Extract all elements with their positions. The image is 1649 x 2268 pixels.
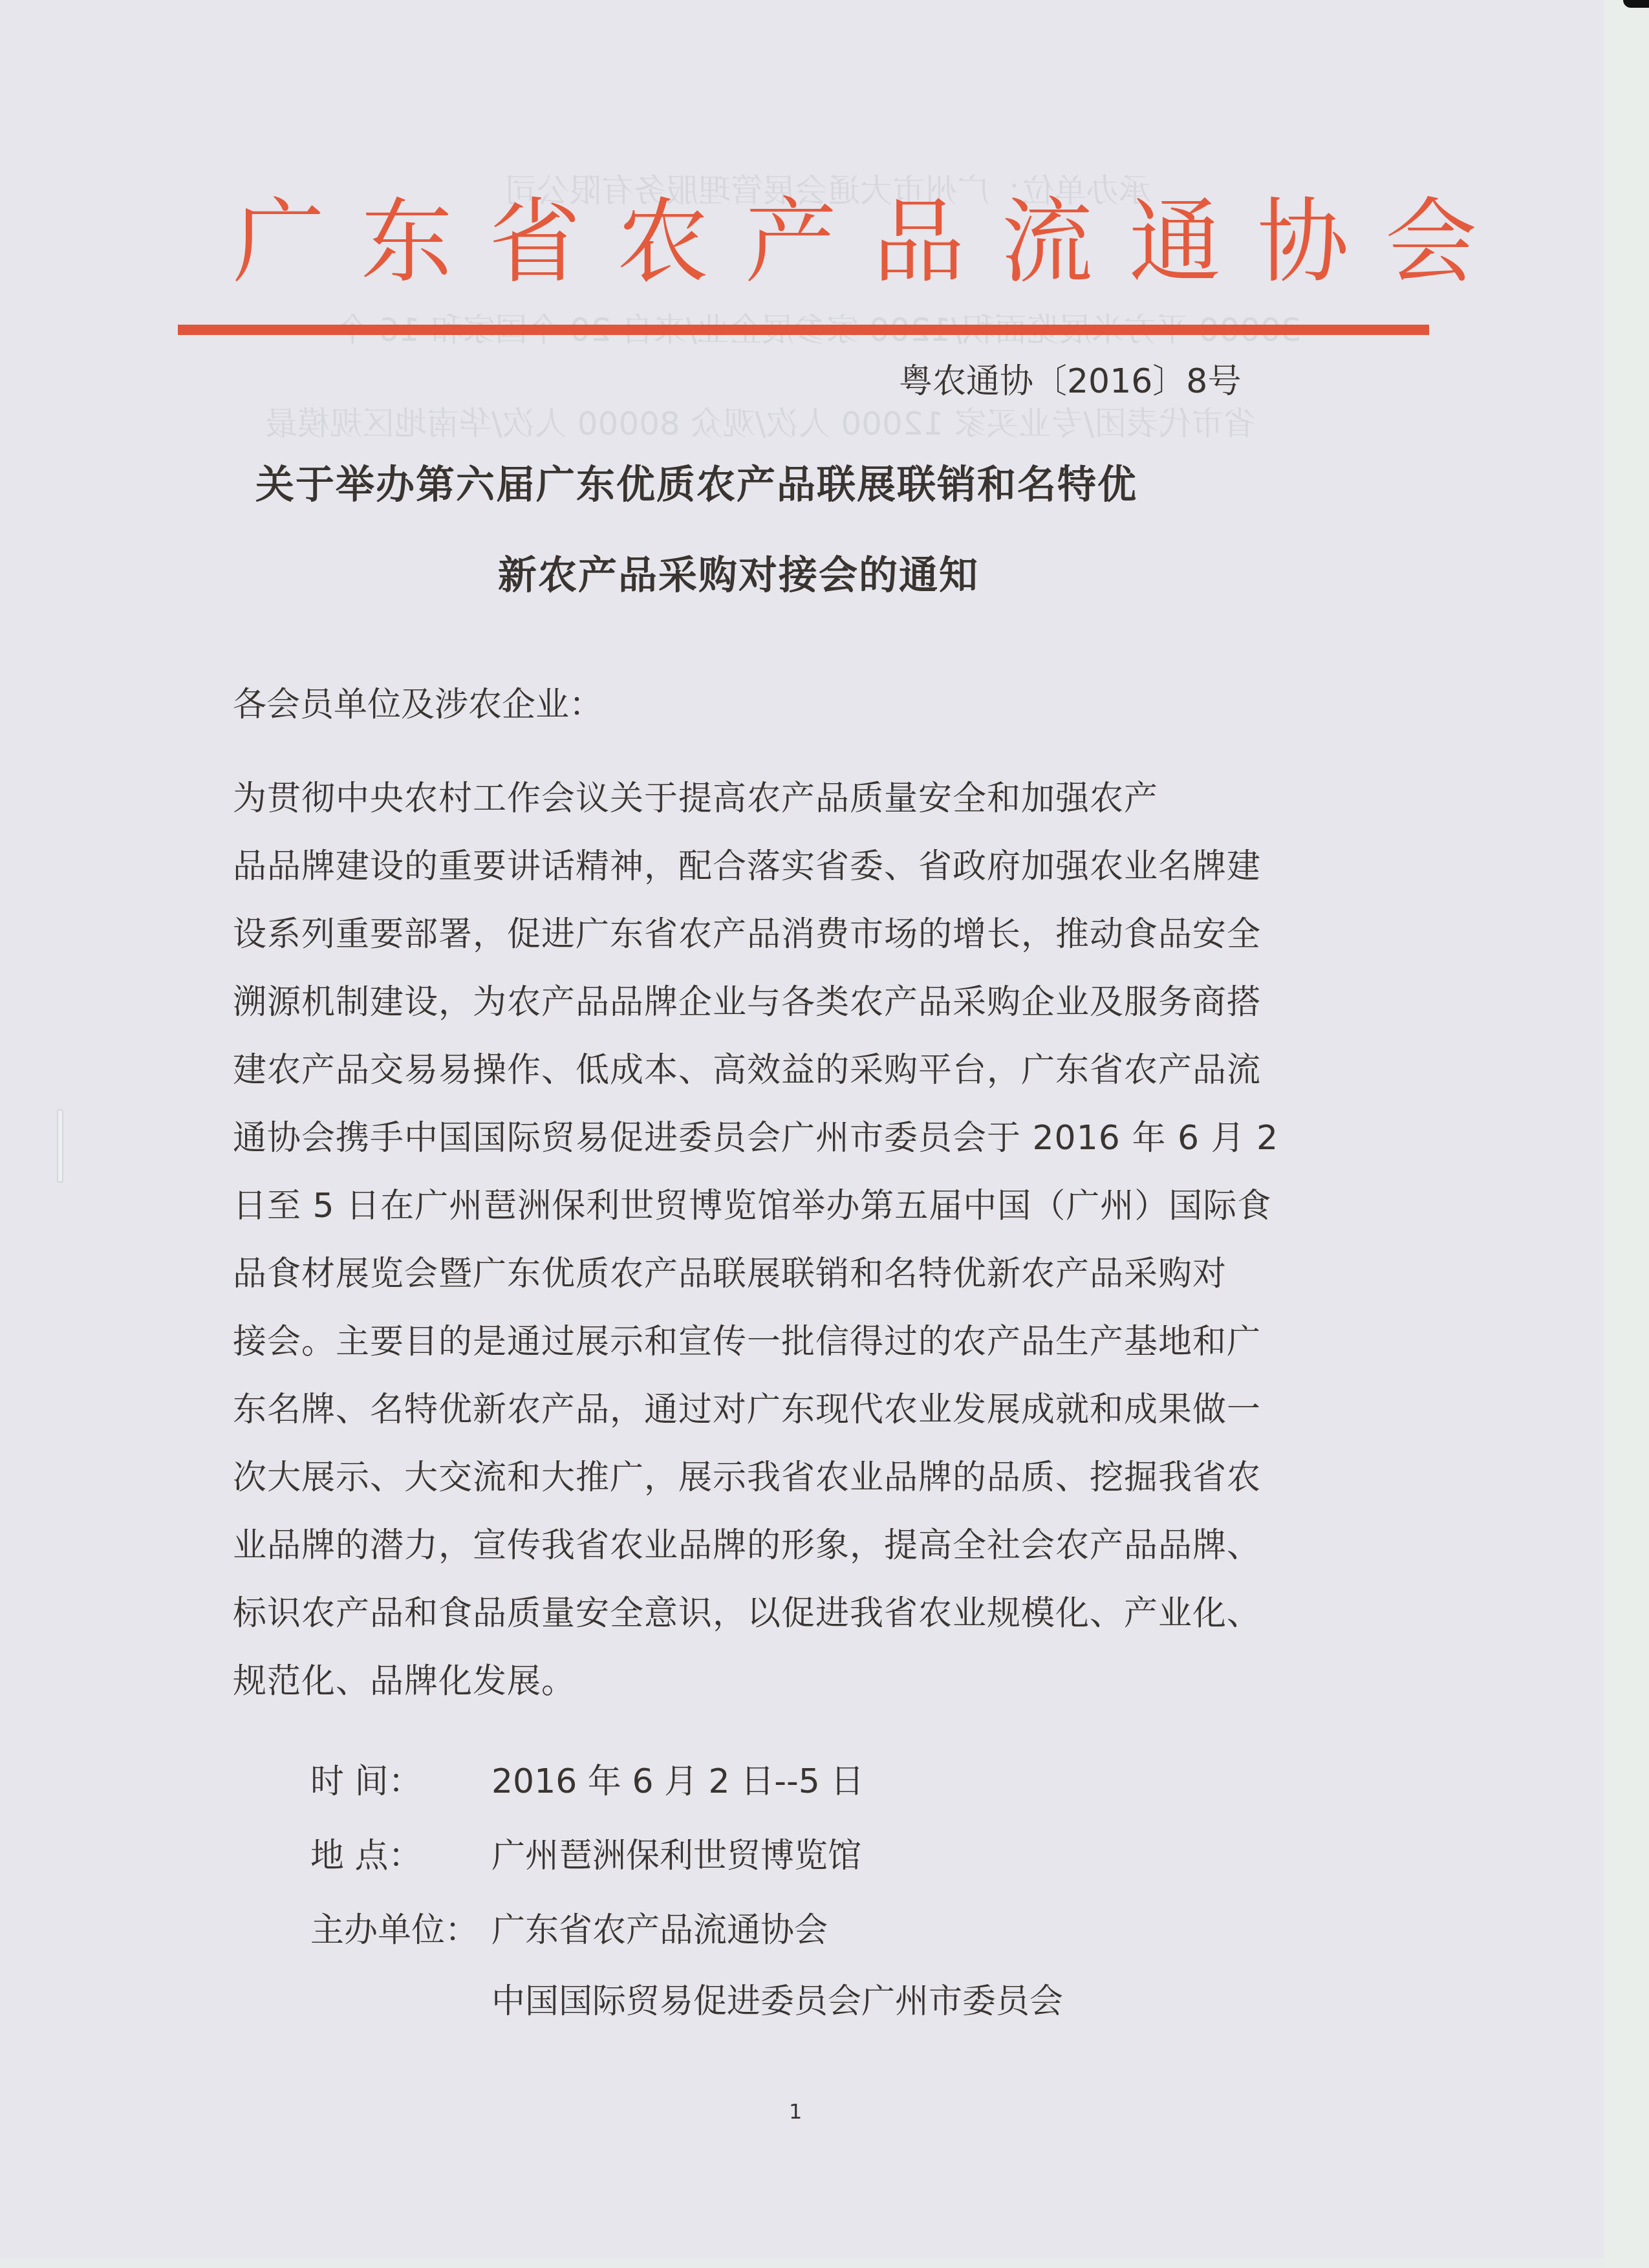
- body-paragraph-line: 建农产品交易易操作、低成本、高效益的采购平台，广东省农产品流: [233, 1044, 1261, 1096]
- body-paragraph-line: 东名牌、名特优新农产品，通过对广东现代农业发展成就和成果做一: [233, 1384, 1261, 1436]
- event-place-value: 广州琶洲保利世贸博览馆: [491, 1837, 861, 1875]
- body-paragraph-line: 次大展示、大交流和大推广，展示我省农业品牌的品质、挖掘我省农: [233, 1452, 1261, 1504]
- body-paragraph-line: 品品牌建设的重要讲话精神，配合落实省委、省政府加强农业名牌建: [233, 841, 1261, 892]
- event-organizer: 主办单位：广东省农产品流通协会: [310, 1905, 828, 1956]
- event-organizer-label: 主办单位：: [310, 1905, 491, 1956]
- body-paragraph-line: 设系列重要部署，促进广东省农产品消费市场的增长，推动食品安全: [233, 909, 1261, 960]
- body-paragraph-line: 品食材展览会暨广东优质农产品联展联销和名特优新农产品采购对: [233, 1248, 1227, 1300]
- event-organizer-secondary: 中国国际贸易促进委员会广州市委员会: [491, 1976, 1063, 2027]
- event-organizer-value-1: 广东省农产品流通协会: [491, 1911, 828, 1950]
- letterhead-organization: 广东省农产品流通协会: [233, 188, 1429, 297]
- body-paragraph-line: 标识农产品和食品质量安全意识，以促进我省农业规模化、产业化、: [233, 1588, 1261, 1639]
- document-title-line-1: 关于举办第六届广东优质农产品联展联销和名特优: [255, 459, 1137, 511]
- body-paragraph-line: 溯源机制建设，为农产品品牌企业与各类农产品采购企业及服务商搭: [233, 977, 1261, 1028]
- event-time-value: 2016 年 6 月 2 日--5 日: [491, 1762, 864, 1801]
- scanner-corner-shadow: [1623, 0, 1649, 8]
- letterhead-red-rule: [178, 325, 1429, 335]
- body-paragraph-line: 为贯彻中央农村工作会议关于提高农产品质量安全和加强农产: [233, 773, 1158, 825]
- event-place: 地 点：广州琶洲保利世贸博览馆: [310, 1830, 861, 1882]
- staple-mark: [57, 1109, 63, 1183]
- salutation: 各会员单位及涉农企业：: [233, 679, 603, 731]
- event-place-label: 地 点：: [310, 1830, 491, 1882]
- body-paragraph-line: 接会。主要目的是通过展示和宣传一批信得过的农产品生产基地和广: [233, 1316, 1261, 1368]
- body-paragraph-line: 日至 5 日在广州琶洲保利世贸博览馆举办第五届中国（广州）国际食: [233, 1180, 1271, 1232]
- page-number: 1: [789, 2099, 802, 2124]
- body-paragraph-line: 通协会携手中国国际贸易促进委员会广州市委员会于 2016 年 6 月 2: [233, 1112, 1278, 1164]
- event-time: 时 间：2016 年 6 月 2 日--5 日: [310, 1756, 864, 1808]
- document-number: 粤农通协〔2016〕8号: [899, 359, 1241, 404]
- document-title-line-2: 新农产品采购对接会的通知: [498, 550, 979, 601]
- bleed-through-text: 省市代表团/专业买家 12000 人次/观众 80000 人次/华南地区规模最: [265, 398, 1256, 449]
- scanner-edge: [1604, 0, 1649, 2268]
- document-page: 承办单位：广州市大通会展管理服务有限公司 30000 平方米展览面积/1200 …: [0, 0, 1604, 2258]
- body-paragraph-line: 规范化、品牌化发展。: [233, 1656, 576, 1707]
- body-paragraph-line: 业品牌的潜力，宣传我省农业品牌的形象，提高全社会农产品品牌、: [233, 1520, 1261, 1571]
- event-time-label: 时 间：: [310, 1756, 491, 1808]
